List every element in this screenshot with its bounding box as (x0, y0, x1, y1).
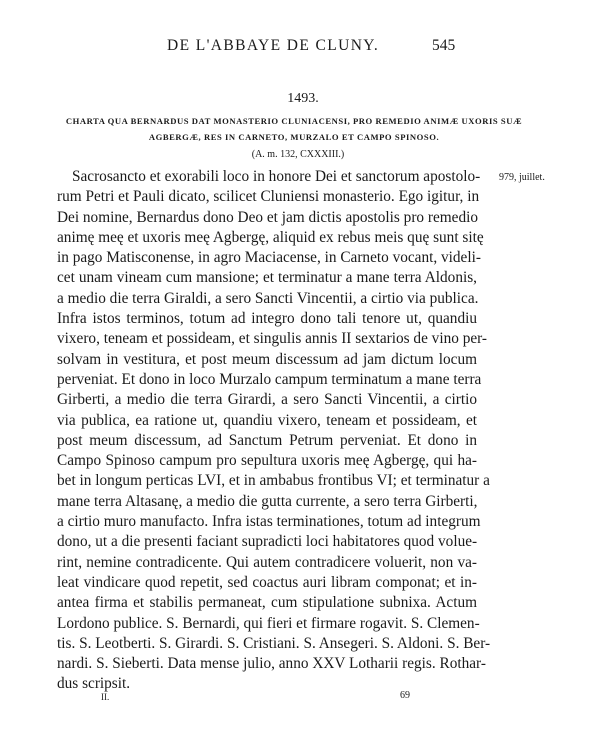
body-line: a cirtio muro manufacto. Infra istas ter… (57, 512, 477, 532)
charter-heading-line-1: CHARTA QUA BERNARDUS DAT MONASTERIO CLUN… (64, 114, 524, 130)
body-line: via publica, ea ratione ut, quandiu vixe… (57, 411, 477, 431)
page-number: 545 (432, 37, 455, 55)
body-line: mane terra Altasanę, a medio die gutta c… (57, 492, 477, 512)
body-line: Lordono publice. S. Bernardi, qui fieri … (57, 614, 477, 634)
body-line: post meum discessum, ad Sanctum Petrum p… (57, 431, 477, 451)
body-line: solvam in vestitura, et post meum disces… (57, 350, 477, 370)
charter-heading-line-2: AGBERGÆ, RES IN CARNETO, MURZALO ET CAMP… (64, 130, 524, 146)
body-line: animę meę et uxoris meę Agbergę, aliquid… (57, 228, 477, 248)
body-line: cet unam vineam cum mansione; et termina… (57, 268, 477, 288)
body-line: Dei nomine, Bernardus dono Deo et jam di… (57, 208, 477, 228)
body-line: rum Petri et Pauli dicato, scilicet Clun… (57, 187, 477, 207)
body-line: rint, nemine contradicente. Qui autem co… (57, 553, 477, 573)
body-line: antea firma et stabilis permaneat, cum s… (57, 593, 477, 613)
charter-number: 1493. (0, 91, 590, 107)
body-line: dono, ut a die presenti faciant supradic… (57, 532, 477, 552)
margin-date: 979, juillet. (499, 172, 545, 183)
body-line: Campo Spinoso campum pro sepultura uxori… (57, 451, 477, 471)
body-line: dus scripsit. (57, 674, 477, 694)
body-line: in pago Matisconense, in agro Maciacense… (57, 248, 477, 268)
body-line: bet in longum perticas LVI, et in ambabu… (57, 471, 477, 491)
body-line: Girberti, a medio die terra Girardi, a s… (57, 390, 477, 410)
body-line: perveniat. Et dono in loco Murzalo campu… (57, 370, 477, 390)
running-head-title: DE L'ABBAYE DE CLUNY. (167, 37, 379, 55)
volume-mark: II. (101, 692, 109, 702)
body-line: Sacrosancto et exorabili loco in honore … (57, 167, 477, 187)
body-line: nardi. S. Sieberti. Data mense julio, an… (57, 654, 477, 674)
body-line: tis. S. Leotberti. S. Girardi. S. Cristi… (57, 634, 477, 654)
body-line: leat vindicare quod repetit, sed coactus… (57, 573, 477, 593)
body-line: vixero, teneam et possideam, et singulis… (57, 329, 477, 349)
signature-number: 69 (400, 690, 410, 701)
body-line: Infra istos terminos, totum ad integro d… (57, 309, 477, 329)
charter-body: Sacrosancto et exorabili loco in honore … (57, 167, 477, 695)
charter-heading: CHARTA QUA BERNARDUS DAT MONASTERIO CLUN… (64, 114, 524, 145)
running-head: DE L'ABBAYE DE CLUNY. 545 (0, 37, 590, 57)
body-line: a medio die terra Giraldi, a sero Sancti… (57, 289, 477, 309)
charter-source: (A. m. 132, CXXXIII.) (0, 149, 590, 160)
